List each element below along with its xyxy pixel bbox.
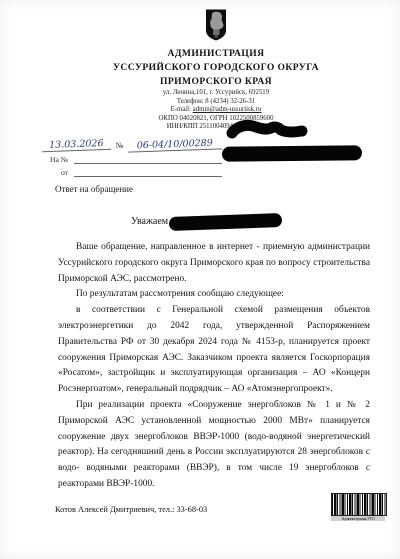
paragraph-general-scheme: в соответствии с Генеральной схемой разм…: [58, 303, 370, 398]
paragraph-results-intro: По результатам рассмотрения сообщаю след…: [58, 287, 370, 303]
scanned-letter-page: АДМИНИСТРАЦИЯ УССУРИЙСКОГО ГОРОДСКОГО ОК…: [0, 0, 400, 559]
redaction-mark-squiggle: [223, 119, 311, 148]
number-sign: №: [116, 141, 124, 150]
redaction-mark-name: [169, 213, 282, 231]
letterhead-contacts: ул. Ленина,101, г. Уссурийск, 692519 Тел…: [32, 89, 400, 132]
letterhead: АДМИНИСТРАЦИЯ УССУРИЙСКОГО ГОРОДСКОГО ОК…: [32, 0, 400, 132]
email-label: E-mail:: [171, 106, 193, 113]
executor-contact: Котов Алексей Дмитриевич, тел.: 33-68-03: [55, 505, 207, 514]
letter-body: Ваше обращение, направленное в интернет …: [58, 240, 370, 493]
from-label: от: [42, 168, 74, 177]
letter-subject: Ответ на обращение: [55, 184, 400, 194]
incoming-number-row: На №: [42, 154, 222, 164]
on-number-label: На №: [42, 155, 74, 164]
barcode-caption: Администрация УГО: [331, 516, 385, 521]
reference-block: 13.03.2026 № 06-04/10/00289 На № от: [42, 139, 222, 177]
org-name-line3: ПРИМОРСКОГО КРАЯ: [32, 76, 400, 88]
outgoing-date-number-row: 13.03.2026 № 06-04/10/00289: [42, 139, 222, 151]
paragraph-project-details: При реализации проекта «Сооружение энерг…: [58, 398, 370, 493]
incoming-date-blank-line: [74, 167, 222, 177]
org-name-line2: УССУРИЙСКОГО ГОРОДСКОГО ОКРУГА: [32, 62, 400, 74]
org-okpo-ogrn: ОКПО 04020821, ОГРН 1022500859600: [32, 115, 400, 124]
incoming-number-blank-line: [74, 154, 222, 164]
email-address: admin@adm-ussuriisk.ru: [193, 106, 262, 113]
incoming-date-row: от: [42, 167, 222, 177]
org-phone: Телефон: 8 (4234) 32-26-31: [32, 98, 400, 107]
redaction-mark-addressee: [222, 145, 362, 161]
salutation-line: Уважаем: [0, 215, 400, 229]
org-inn-kpp: ИНН/КПП 2511004094/251101001: [32, 123, 400, 132]
handwritten-outgoing-number: 06-04/10/00289: [128, 137, 222, 152]
salutation-text: Уважаем: [131, 216, 168, 227]
barcode-icon: [331, 493, 387, 516]
paragraph-appeal-received: Ваше обращение, направленное в интернет …: [58, 240, 370, 287]
org-address: ул. Ленина,101, г. Уссурийск, 692519: [32, 89, 400, 98]
coat-of-arms-icon: [205, 9, 227, 41]
handwritten-date: 13.03.2026: [42, 138, 111, 152]
org-email-line: E-mail: admin@adm-ussuriisk.ru: [32, 106, 400, 115]
org-name-line1: АДМИНИСТРАЦИЯ: [32, 48, 400, 60]
registration-barcode-block: Администрация УГО: [331, 493, 385, 521]
